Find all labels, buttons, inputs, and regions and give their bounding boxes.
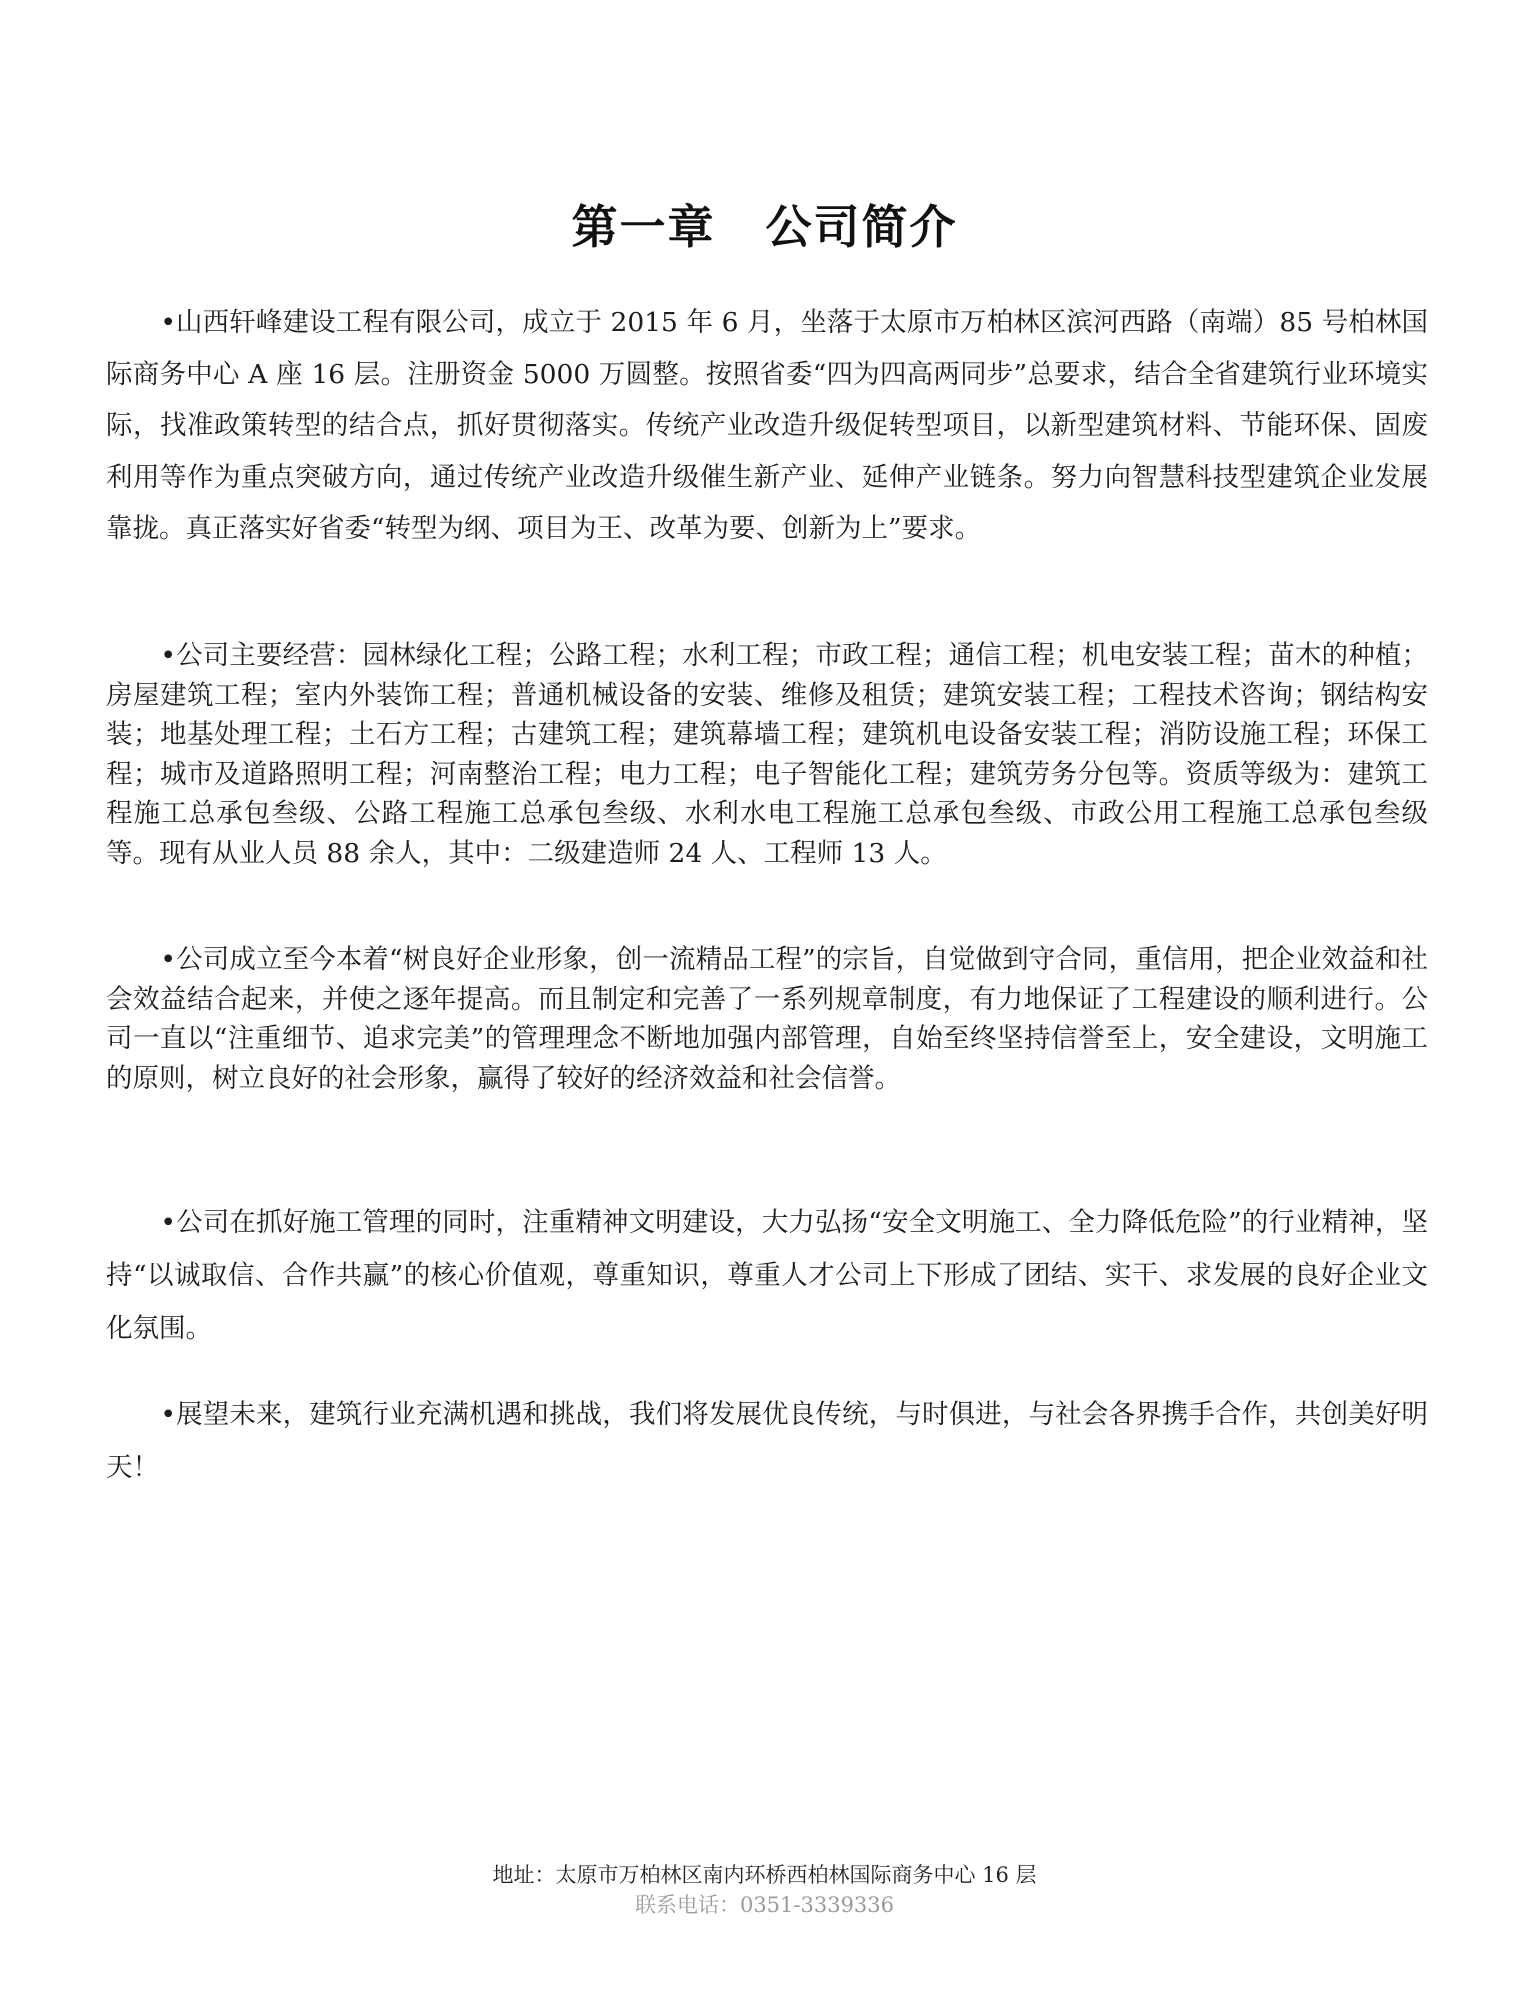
paragraph-company-overview: •山西轩峰建设工程有限公司，成立于 2015 年 6 月，坐落于太原市万柏林区滨… bbox=[106, 297, 1428, 555]
paragraph-company-culture: •公司在抓好施工管理的同时，注重精神文明建设，大力弘扬“安全文明施工、全力降低危… bbox=[106, 1196, 1428, 1355]
page-title: 第一章公司简介 bbox=[0, 191, 1529, 257]
chapter-heading: 公司简介 bbox=[766, 200, 958, 254]
paragraph-company-tenet: •公司成立至今本着“树良好企业形象，创一流精品工程”的宗旨，自觉做到守合同，重信… bbox=[106, 940, 1428, 1098]
paragraph-outlook: •展望未来，建筑行业充满机遇和挑战，我们将发展优良传统，与时俱进，与社会各界携手… bbox=[106, 1388, 1428, 1494]
footer-address: 地址：太原市万柏林区南内环桥西柏林国际商务中心 16 层 bbox=[0, 1860, 1529, 1890]
page-footer: 地址：太原市万柏林区南内环桥西柏林国际商务中心 16 层 联系电话：0351-3… bbox=[0, 1860, 1529, 1920]
footer-phone: 联系电话：0351-3339336 bbox=[0, 1890, 1529, 1920]
paragraph-business-scope: •公司主要经营：园林绿化工程；公路工程；水利工程；市政工程；通信工程；机电安装工… bbox=[106, 636, 1428, 874]
chapter-number: 第一章 bbox=[572, 200, 716, 254]
